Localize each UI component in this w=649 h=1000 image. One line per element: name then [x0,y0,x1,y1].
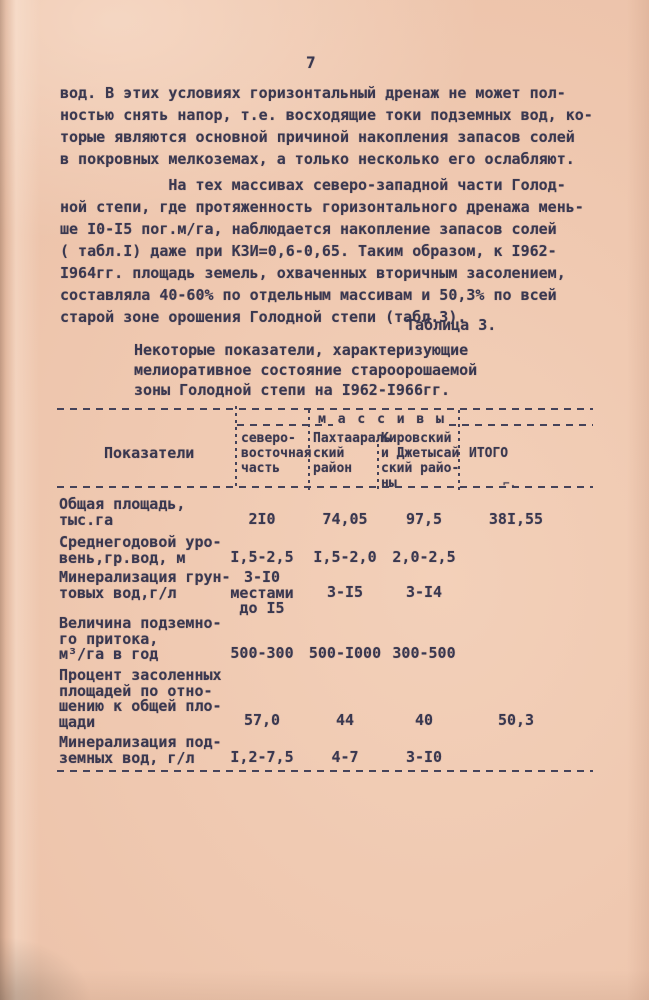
paragraph-2: На тех массивах северо-западной части Го… [60,174,584,328]
cell-value: 300-500 [392,646,455,662]
column-separator-3 [377,444,379,490]
cell-value: 500-300 [230,646,293,662]
cell-value: I,5-2,0 [313,550,376,566]
cell-value: 2,0-2,5 [392,550,455,566]
cell-value: 57,0 [244,713,280,729]
table-number-label: Таблица 3. [406,316,496,334]
cell-value: 97,5 [406,512,442,528]
column-separator-2 [308,410,310,490]
scanned-document-page: 7 вод. В этих условиях горизонтальный др… [0,0,649,1000]
row-label: Минерализация грун- товых вод,г/л [59,570,231,601]
table-top-border [57,408,593,410]
cell-value: 3-I0 [406,750,442,766]
column-header-pakhtaaral-district: Пахтаараль ский район [313,431,391,476]
table-bottom-border [57,770,593,772]
page-number: 7 [306,53,316,72]
data-table: м а с с и в ы Показатели северо- восточн… [57,404,595,784]
row-label: Величина подземно- го притока, м³/га в г… [59,616,222,663]
row-label: Среднегодовой уро- вень,гр.вод, м [59,535,222,566]
column-header-indicators: Показатели [104,446,194,461]
cell-value: 3-I0 местами до I5 [230,570,293,617]
column-header-northeast-part: северо- восточная часть [241,431,311,476]
cell-value: I,5-2,5 [230,550,293,566]
row-label: Общая площадь, тыс.га [59,497,185,528]
cell-value: 44 [336,713,354,729]
column-separator-4 [458,410,460,490]
cell-value: 50,3 [498,713,534,729]
column-header-kirovsky-dzhetysay-districts: Кировский и Джетысай ский райо- ны [381,431,459,491]
group-header-dash-right [449,424,593,426]
cell-value: 38I,55 [489,512,543,528]
cell-value: 3-I4 [406,585,442,601]
cell-value: I,2-7,5 [230,750,293,766]
table-caption: Некоторые показатели, характеризующие ме… [134,340,477,400]
column-separator-1 [235,406,237,490]
cell-value: 2I0 [248,512,275,528]
ink-smudge-mark: ⌐. [503,477,516,490]
cell-value: 500-I000 [309,646,381,662]
cell-value: 4-7 [331,750,358,766]
row-label: Процент засоленных площадей по отно- шен… [59,668,222,730]
cell-value: 3-I5 [327,585,363,601]
cell-value: 74,05 [322,512,367,528]
row-label: Минерализация под- земных вод, г/л [59,735,222,766]
cell-value: 40 [415,713,433,729]
column-header-total: ИТОГО [469,446,508,461]
paragraph-1: вод. В этих условиях горизонтальный дрен… [60,82,593,170]
group-header-dash-left [237,424,333,426]
